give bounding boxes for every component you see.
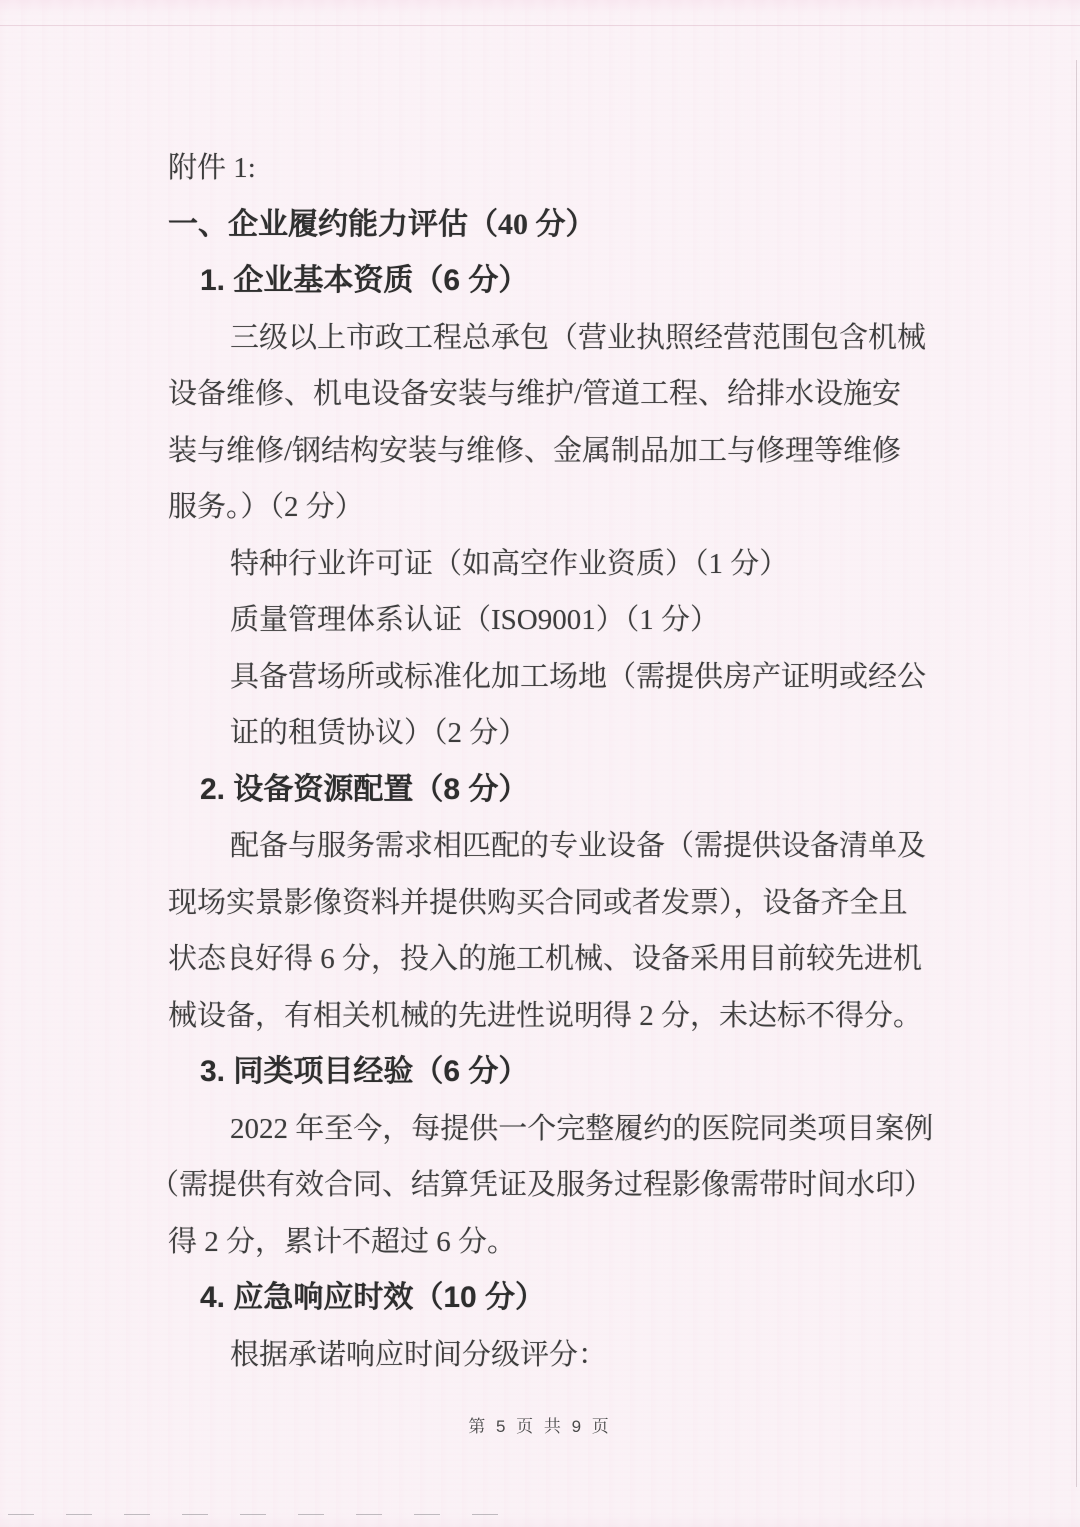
text-line: 具备营场所或标准化加工场地（需提供房产证明或经公	[230, 649, 1080, 706]
text-line: 配备与服务需求相匹配的专业设备（需提供设备清单及	[230, 818, 1080, 875]
text-line: 特种行业许可证（如高空作业资质）（1 分）	[230, 536, 1080, 593]
section-3-heading: 3. 同类项目经验（6 分）	[200, 1044, 1080, 1101]
text-line: 状态良好得 6 分，投入的施工机械、设备采用目前较先进机	[168, 931, 1080, 988]
section-2-heading: 2. 设备资源配置（8 分）	[200, 762, 1080, 819]
text-line: （需提供有效合同、结算凭证及服务过程影像需带时间水印）	[150, 1157, 1080, 1214]
text-line: 三级以上市政工程总承包（营业执照经营范围包含机械	[230, 310, 1080, 367]
scanned-document-page: { "page": { "background_color": "#fbf3f7…	[0, 0, 1080, 1527]
section-1-heading: 1. 企业基本资质（6 分）	[200, 253, 1080, 310]
text-line: 根据承诺响应时间分级评分：	[230, 1327, 1080, 1384]
text-line: 证的租赁协议）（2 分）	[230, 705, 1080, 762]
text-line: 械设备，有相关机械的先进性说明得 2 分，未达标不得分。	[168, 988, 1080, 1045]
page-number-footer: 第 5 页 共 9 页	[0, 1412, 1080, 1437]
section-4-heading: 4. 应急响应时效（10 分）	[200, 1270, 1080, 1327]
text-line: 装与维修/钢结构安装与维修、金属制品加工与修理等维修	[168, 423, 1080, 480]
text-line: 得 2 分，累计不超过 6 分。	[168, 1214, 1080, 1271]
attachment-label: 附件 1:	[168, 140, 1080, 197]
text-line: 现场实景影像资料并提供购买合同或者发票），设备齐全且	[168, 875, 1080, 932]
scan-artifact-line-bottom	[8, 1514, 528, 1515]
text-line: 2022 年至今，每提供一个完整履约的医院同类项目案例	[230, 1101, 1080, 1158]
main-heading: 一、企业履约能力评估（40 分）	[168, 197, 1080, 254]
text-line: 设备维修、机电设备安装与维护/管道工程、给排水设施安	[168, 366, 1080, 423]
document-body: 附件 1: 一、企业履约能力评估（40 分） 1. 企业基本资质（6 分） 三级…	[0, 140, 1080, 1383]
text-line: 服务。）（2 分）	[168, 479, 1080, 536]
scan-artifact-line-top	[0, 25, 1080, 26]
text-line: 质量管理体系认证（ISO9001）（1 分）	[230, 592, 1080, 649]
